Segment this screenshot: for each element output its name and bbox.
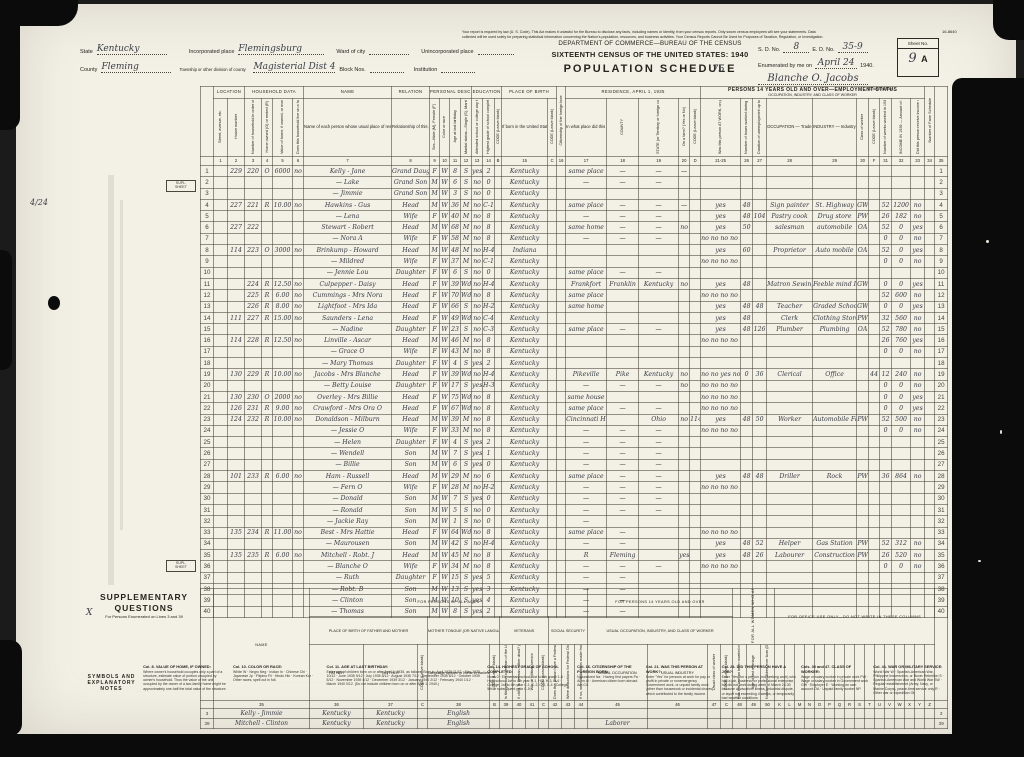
cell-st bbox=[214, 380, 228, 391]
cell-c2: — bbox=[607, 177, 639, 188]
cell-ln: 10 bbox=[201, 267, 214, 278]
cell-ln: 36 bbox=[201, 561, 214, 572]
cell-oi bbox=[911, 516, 925, 527]
supp-cell bbox=[708, 709, 721, 719]
cell-in bbox=[813, 166, 857, 177]
cell-c3: — bbox=[639, 482, 679, 493]
cell-in: Construction bbox=[813, 550, 857, 561]
cell-cf bbox=[869, 335, 880, 346]
cell-lnr: 2 bbox=[935, 177, 948, 188]
cell-cit bbox=[557, 267, 566, 278]
cell-bp: Kentucky bbox=[502, 233, 548, 244]
cell-sc: no bbox=[472, 403, 483, 414]
cell-oi bbox=[911, 267, 925, 278]
cell-tn bbox=[262, 561, 273, 572]
cell-rd bbox=[690, 256, 701, 267]
supp-column-header: Y bbox=[915, 701, 925, 709]
person-name-cell: Ham - Russell bbox=[304, 471, 392, 482]
cell-rl: Wife bbox=[392, 425, 430, 436]
cell-lnr: 13 bbox=[935, 301, 948, 312]
explanatory-note-block: Cols. 30 and 47. CLASS OF WORKER:Wage or… bbox=[801, 664, 869, 700]
cell-lnr: 23 bbox=[935, 414, 948, 425]
column-header: 7 bbox=[304, 157, 392, 166]
cell-fm bbox=[293, 504, 304, 515]
cell-hh: 228 bbox=[245, 335, 262, 346]
cell-rf bbox=[679, 403, 690, 414]
cell-mr: M bbox=[461, 211, 472, 222]
cell-c2: — bbox=[607, 199, 639, 210]
cell-val bbox=[273, 324, 293, 335]
cell-rd bbox=[690, 233, 701, 244]
column-header: PERSONAL DESCRIPTION bbox=[430, 87, 472, 99]
person-name-cell: — Nora A bbox=[304, 233, 392, 244]
institution-value bbox=[441, 66, 475, 73]
table-row: 21130230O2000noOverley - Mrs BillieHeadF… bbox=[201, 391, 948, 402]
cell-wx: 52 bbox=[880, 414, 892, 425]
supp-column-header: U bbox=[875, 701, 885, 709]
cell-rc: W bbox=[440, 267, 450, 278]
cell-sx: F bbox=[430, 346, 440, 357]
cell-cf bbox=[869, 324, 880, 335]
cell-wg: 0 bbox=[892, 380, 911, 391]
cell-cl bbox=[857, 437, 869, 448]
scan-speck bbox=[978, 560, 981, 562]
cell-rf bbox=[679, 437, 690, 448]
supp-column-header: 39 bbox=[500, 701, 513, 709]
suppl-sheet-stamp-row3: SUPL.SHEET bbox=[166, 180, 196, 192]
cell-tn bbox=[262, 256, 273, 267]
supp-cell bbox=[815, 709, 825, 719]
supp-cell: English bbox=[428, 709, 490, 719]
cell-mr: Wd bbox=[461, 403, 472, 414]
cell-cc bbox=[548, 335, 557, 346]
cell-gr: 2 bbox=[483, 166, 495, 177]
cell-oc: Teacher bbox=[767, 301, 813, 312]
cell-lnr: 29 bbox=[935, 482, 948, 493]
cell-st bbox=[214, 245, 228, 256]
cell-c2: — bbox=[607, 324, 639, 335]
cell-du bbox=[753, 561, 767, 572]
cell-val: 6.00 bbox=[273, 550, 293, 561]
cell-in: Rock bbox=[813, 471, 857, 482]
ed-label: E. D. No. bbox=[812, 47, 834, 53]
explanatory-note-block: Col. 21. WAS THIS PERSON AT WORK?:Enter … bbox=[646, 664, 718, 700]
cell-val bbox=[273, 233, 293, 244]
cell-in: Drug store bbox=[813, 211, 857, 222]
cell-c2: — bbox=[607, 471, 639, 482]
cell-rl: Head bbox=[392, 222, 430, 233]
cell-mr: S bbox=[461, 437, 472, 448]
cell-hn bbox=[228, 516, 245, 527]
cell-wg: 600 bbox=[892, 290, 911, 301]
cell-c2: — bbox=[607, 572, 639, 583]
cell-rc: W bbox=[440, 572, 450, 583]
column-header: 9 bbox=[430, 157, 440, 166]
cell-ln: 25 bbox=[201, 437, 214, 448]
column-header: Duration of unemployment up to March 30,… bbox=[753, 99, 767, 157]
column-header: 1 bbox=[214, 157, 228, 166]
cell-hh: 220 bbox=[245, 166, 262, 177]
cell-sc: yes bbox=[472, 572, 483, 583]
cell-c1: Cincinnati H. bbox=[566, 414, 607, 425]
cell-wx bbox=[880, 358, 892, 369]
cell-rc: W bbox=[440, 550, 450, 561]
column-header: Street, avenue, etc. bbox=[214, 99, 228, 157]
person-name-cell: — Jessie O bbox=[304, 425, 392, 436]
cell-c3: — bbox=[639, 233, 679, 244]
cell-mr: S bbox=[461, 459, 472, 470]
cell-gr: 0 bbox=[483, 459, 495, 470]
cell-bp: Kentucky bbox=[502, 166, 548, 177]
supp-cell bbox=[895, 709, 905, 719]
cell-sc: no bbox=[472, 211, 483, 222]
cell-bp: Kentucky bbox=[502, 369, 548, 380]
cell-lnr: 14 bbox=[935, 312, 948, 323]
supp-column-header: N bbox=[805, 701, 815, 709]
cell-lnr: 10 bbox=[935, 267, 948, 278]
cell-cc bbox=[548, 267, 557, 278]
supp-cell bbox=[549, 709, 562, 719]
cell-rl: Wife bbox=[392, 346, 430, 357]
cell-st bbox=[214, 504, 228, 515]
cell-c1: — bbox=[566, 233, 607, 244]
cell-val bbox=[273, 572, 293, 583]
cell-mr: S bbox=[461, 267, 472, 278]
cell-du bbox=[753, 267, 767, 278]
cell-hh: 225 bbox=[245, 290, 262, 301]
cell-fs bbox=[925, 504, 935, 515]
cell-rc: W bbox=[440, 346, 450, 357]
supp-cell bbox=[885, 709, 895, 719]
column-header: 10 bbox=[440, 157, 450, 166]
cell-st bbox=[214, 335, 228, 346]
cell-mr: S bbox=[461, 188, 472, 199]
cell-hn bbox=[228, 346, 245, 357]
table-row: 2— LakeGrand SonMW6Sno0Kentucky———2 bbox=[201, 177, 948, 188]
cell-hh bbox=[245, 538, 262, 549]
supp-cell bbox=[855, 719, 865, 729]
cell-bp: Kentucky bbox=[502, 301, 548, 312]
cell-val: 8.00 bbox=[273, 301, 293, 312]
bottom-scan-band bbox=[0, 734, 1024, 757]
cell-wg: 780 bbox=[892, 324, 911, 335]
cell-oi: no bbox=[911, 369, 925, 380]
scan-artifact bbox=[0, 640, 22, 736]
cell-du: 36 bbox=[753, 369, 767, 380]
cell-cf bbox=[869, 177, 880, 188]
cell-val bbox=[273, 493, 293, 504]
cell-c2: — bbox=[607, 425, 639, 436]
cell-hn bbox=[228, 425, 245, 436]
column-header: 13 bbox=[472, 157, 483, 166]
cell-lnr: 27 bbox=[935, 459, 948, 470]
cell-sx: M bbox=[430, 493, 440, 504]
cell-c1: same place bbox=[566, 290, 607, 301]
cell-hr bbox=[741, 403, 753, 414]
cell-val bbox=[273, 358, 293, 369]
supp-column-header: C bbox=[539, 701, 549, 709]
cell-gr: 2 bbox=[483, 437, 495, 448]
table-row: 25— HelenDaughterFW4Syes2Kentucky———25 bbox=[201, 437, 948, 448]
cell-gr: H-4 bbox=[483, 538, 495, 549]
cell-tn bbox=[262, 504, 273, 515]
cell-rl: Son bbox=[392, 493, 430, 504]
column-header: 34 bbox=[925, 157, 935, 166]
cell-in bbox=[813, 448, 857, 459]
cell-hr bbox=[741, 459, 753, 470]
cell-sx: F bbox=[430, 256, 440, 267]
person-name-cell: Lightfoot - Mrs Ida bbox=[304, 301, 392, 312]
cell-cc bbox=[548, 527, 557, 538]
cell-bp: Indiana bbox=[502, 245, 548, 256]
cell-lnr: 15 bbox=[935, 324, 948, 335]
cell-fs bbox=[925, 550, 935, 561]
cell-oi bbox=[911, 572, 925, 583]
cell-cl bbox=[857, 459, 869, 470]
cell-bp: Kentucky bbox=[502, 459, 548, 470]
cell-val bbox=[273, 188, 293, 199]
cell-oc: Pastry cook bbox=[767, 211, 813, 222]
cell-bp: Kentucky bbox=[502, 550, 548, 561]
cell-in bbox=[813, 516, 857, 527]
cell-rd bbox=[690, 324, 701, 335]
cell-oi: no bbox=[911, 414, 925, 425]
cell-rd bbox=[690, 516, 701, 527]
cell-fm bbox=[293, 177, 304, 188]
cell-hr bbox=[741, 335, 753, 346]
cell-wk: no no no no H- bbox=[701, 425, 741, 436]
cell-bp: Kentucky bbox=[502, 177, 548, 188]
cell-gr: C-1 bbox=[483, 256, 495, 267]
cell-in bbox=[813, 482, 857, 493]
cell-cl bbox=[857, 493, 869, 504]
cell-st bbox=[214, 199, 228, 210]
cell-hh bbox=[245, 256, 262, 267]
column-header: 33 bbox=[911, 157, 925, 166]
cell-du bbox=[753, 493, 767, 504]
cell-rf: yes bbox=[679, 550, 690, 561]
cell-du bbox=[753, 199, 767, 210]
cell-rc: W bbox=[440, 211, 450, 222]
supp-column-header: SOCIAL SECURITY bbox=[549, 617, 588, 645]
cell-cb bbox=[495, 335, 502, 346]
cell-val bbox=[273, 256, 293, 267]
cell-cl: PW bbox=[857, 312, 869, 323]
cell-in: Office bbox=[813, 369, 857, 380]
cell-cl bbox=[857, 504, 869, 515]
cell-du bbox=[753, 459, 767, 470]
cell-mr: S bbox=[461, 493, 472, 504]
supp-column-header: 40 bbox=[513, 701, 526, 709]
cell-rd bbox=[690, 369, 701, 380]
cell-du bbox=[753, 482, 767, 493]
cell-fs bbox=[925, 199, 935, 210]
note-title: Col. 11. AGE AT LAST BIRTHDAY: bbox=[327, 664, 483, 669]
supp-cell bbox=[845, 709, 855, 719]
person-name-cell: Mitchell - Robt. J bbox=[304, 550, 392, 561]
cell-sc: yes bbox=[472, 437, 483, 448]
cell-rf bbox=[679, 471, 690, 482]
cell-wk: no no no no H. bbox=[701, 561, 741, 572]
cell-rf bbox=[679, 312, 690, 323]
cell-lnr: 18 bbox=[935, 358, 948, 369]
cell-fm bbox=[293, 572, 304, 583]
cell-rc: W bbox=[440, 403, 450, 414]
cell-cf bbox=[869, 199, 880, 210]
cell-wg: 1200 bbox=[892, 199, 911, 210]
note-body: Enter age of children born on or after A… bbox=[327, 670, 483, 687]
cell-tn: R bbox=[262, 335, 273, 346]
cell-wk bbox=[701, 504, 741, 515]
cell-cit bbox=[557, 346, 566, 357]
cell-rl: Head bbox=[392, 391, 430, 402]
cell-c3 bbox=[639, 572, 679, 583]
cell-du bbox=[753, 278, 767, 289]
cell-tn: R bbox=[262, 199, 273, 210]
cell-c1 bbox=[566, 256, 607, 267]
cell-oi: yes bbox=[911, 301, 925, 312]
cell-sx: F bbox=[430, 572, 440, 583]
cell-st bbox=[214, 550, 228, 561]
cell-du: 104 bbox=[753, 211, 767, 222]
cell-oc bbox=[767, 335, 813, 346]
cell-c3: — bbox=[639, 267, 679, 278]
cell-in: Feeble mind Institute bbox=[813, 278, 857, 289]
cell-wk: yes bbox=[701, 538, 741, 549]
cell-rl: Head bbox=[392, 290, 430, 301]
cell-rd bbox=[690, 267, 701, 278]
cell-hh bbox=[245, 561, 262, 572]
cell-in bbox=[813, 403, 857, 414]
cell-fm bbox=[293, 256, 304, 267]
cell-cl bbox=[857, 188, 869, 199]
column-header: Number of household in order of visitati… bbox=[245, 99, 262, 157]
cell-rd bbox=[690, 391, 701, 402]
cell-hn bbox=[228, 301, 245, 312]
supp-cell bbox=[747, 719, 761, 729]
cell-c2 bbox=[607, 358, 639, 369]
cell-hh bbox=[245, 346, 262, 357]
cell-cb bbox=[495, 290, 502, 301]
supp-cell bbox=[925, 719, 935, 729]
cell-sx: F bbox=[430, 482, 440, 493]
cell-ag: 75 bbox=[450, 391, 461, 402]
cell-oi bbox=[911, 437, 925, 448]
cell-wk bbox=[701, 516, 741, 527]
supp-cell bbox=[785, 709, 795, 719]
cell-cl bbox=[857, 267, 869, 278]
cell-tn bbox=[262, 448, 273, 459]
cell-oi: yes bbox=[911, 335, 925, 346]
cell-in: Auto mobile bbox=[813, 245, 857, 256]
cell-cb bbox=[495, 414, 502, 425]
supp-cell: 39 bbox=[935, 719, 948, 729]
cell-rc: W bbox=[440, 380, 450, 391]
cell-oi: no bbox=[911, 346, 925, 357]
cell-sx: M bbox=[430, 538, 440, 549]
cell-mr: M bbox=[461, 561, 472, 572]
cell-val: 6000 bbox=[273, 166, 293, 177]
supp-cell bbox=[539, 709, 549, 719]
cell-cf bbox=[869, 448, 880, 459]
column-header: 2 bbox=[228, 157, 245, 166]
supp-number-row: 353637C38B394041C424344454647C484950KLMN… bbox=[201, 701, 948, 709]
cell-mr: Wd bbox=[461, 369, 472, 380]
scan-speck bbox=[986, 240, 989, 243]
cell-lnr: 26 bbox=[935, 448, 948, 459]
cell-oi: no bbox=[911, 380, 925, 391]
cell-du: 26 bbox=[753, 550, 767, 561]
cell-oc: Labourer bbox=[767, 550, 813, 561]
cell-cc bbox=[548, 425, 557, 436]
cell-hh: 229 bbox=[245, 369, 262, 380]
cell-val bbox=[273, 211, 293, 222]
cell-cf bbox=[869, 538, 880, 549]
column-header: 12 bbox=[461, 157, 472, 166]
person-name-cell: — Grace O bbox=[304, 346, 392, 357]
cell-oc bbox=[767, 448, 813, 459]
supp-cell bbox=[865, 709, 875, 719]
cell-rc: W bbox=[440, 245, 450, 256]
person-name-cell: Kelly - Jane bbox=[304, 166, 392, 177]
legal-text-line2: collected will be used solely for prepar… bbox=[462, 35, 932, 39]
cell-rl: Head bbox=[392, 471, 430, 482]
cell-sc: no bbox=[472, 335, 483, 346]
table-row: 18— Mary ThomasDaughterFW4Syes2Kentucky1… bbox=[201, 358, 948, 369]
column-header bbox=[201, 87, 214, 157]
cell-rd bbox=[690, 403, 701, 414]
cell-sc: no bbox=[472, 471, 483, 482]
cell-val bbox=[273, 561, 293, 572]
cell-c1: — bbox=[566, 177, 607, 188]
supp-cell bbox=[562, 719, 575, 729]
cell-mr: Wd bbox=[461, 278, 472, 289]
cell-hh: 232 bbox=[245, 414, 262, 425]
cell-c3: Kentucky bbox=[639, 278, 679, 289]
cell-du bbox=[753, 403, 767, 414]
cell-fs bbox=[925, 358, 935, 369]
cell-hr bbox=[741, 256, 753, 267]
cell-wk: yes bbox=[701, 324, 741, 335]
cell-fm: no bbox=[293, 471, 304, 482]
person-name-cell: Saunders - Lena bbox=[304, 312, 392, 323]
cell-in bbox=[813, 358, 857, 369]
cell-wx bbox=[880, 166, 892, 177]
note-body: Wage or salary worker in private work PW… bbox=[801, 675, 868, 692]
cell-cit bbox=[557, 166, 566, 177]
cell-oi bbox=[911, 459, 925, 470]
cell-fs bbox=[925, 278, 935, 289]
supp-column-header: Z bbox=[925, 701, 935, 709]
cell-rf: — bbox=[679, 199, 690, 210]
column-header: 16 bbox=[557, 157, 566, 166]
cell-c2 bbox=[607, 414, 639, 425]
cell-cit bbox=[557, 550, 566, 561]
table-row: 14111227R15.00noSaunders - LenaHeadFW49W… bbox=[201, 312, 948, 323]
supp-cell bbox=[825, 719, 835, 729]
cell-hr: 0 bbox=[741, 369, 753, 380]
cell-cit bbox=[557, 437, 566, 448]
cell-c3 bbox=[639, 188, 679, 199]
cell-bp: Kentucky bbox=[502, 358, 548, 369]
cell-oi: no bbox=[911, 233, 925, 244]
cell-cf bbox=[869, 471, 880, 482]
cell-cb bbox=[495, 312, 502, 323]
cell-rc: W bbox=[440, 301, 450, 312]
supp-column-header: 35 bbox=[214, 701, 310, 709]
cell-cl: PW bbox=[857, 471, 869, 482]
supp-cell bbox=[775, 709, 785, 719]
